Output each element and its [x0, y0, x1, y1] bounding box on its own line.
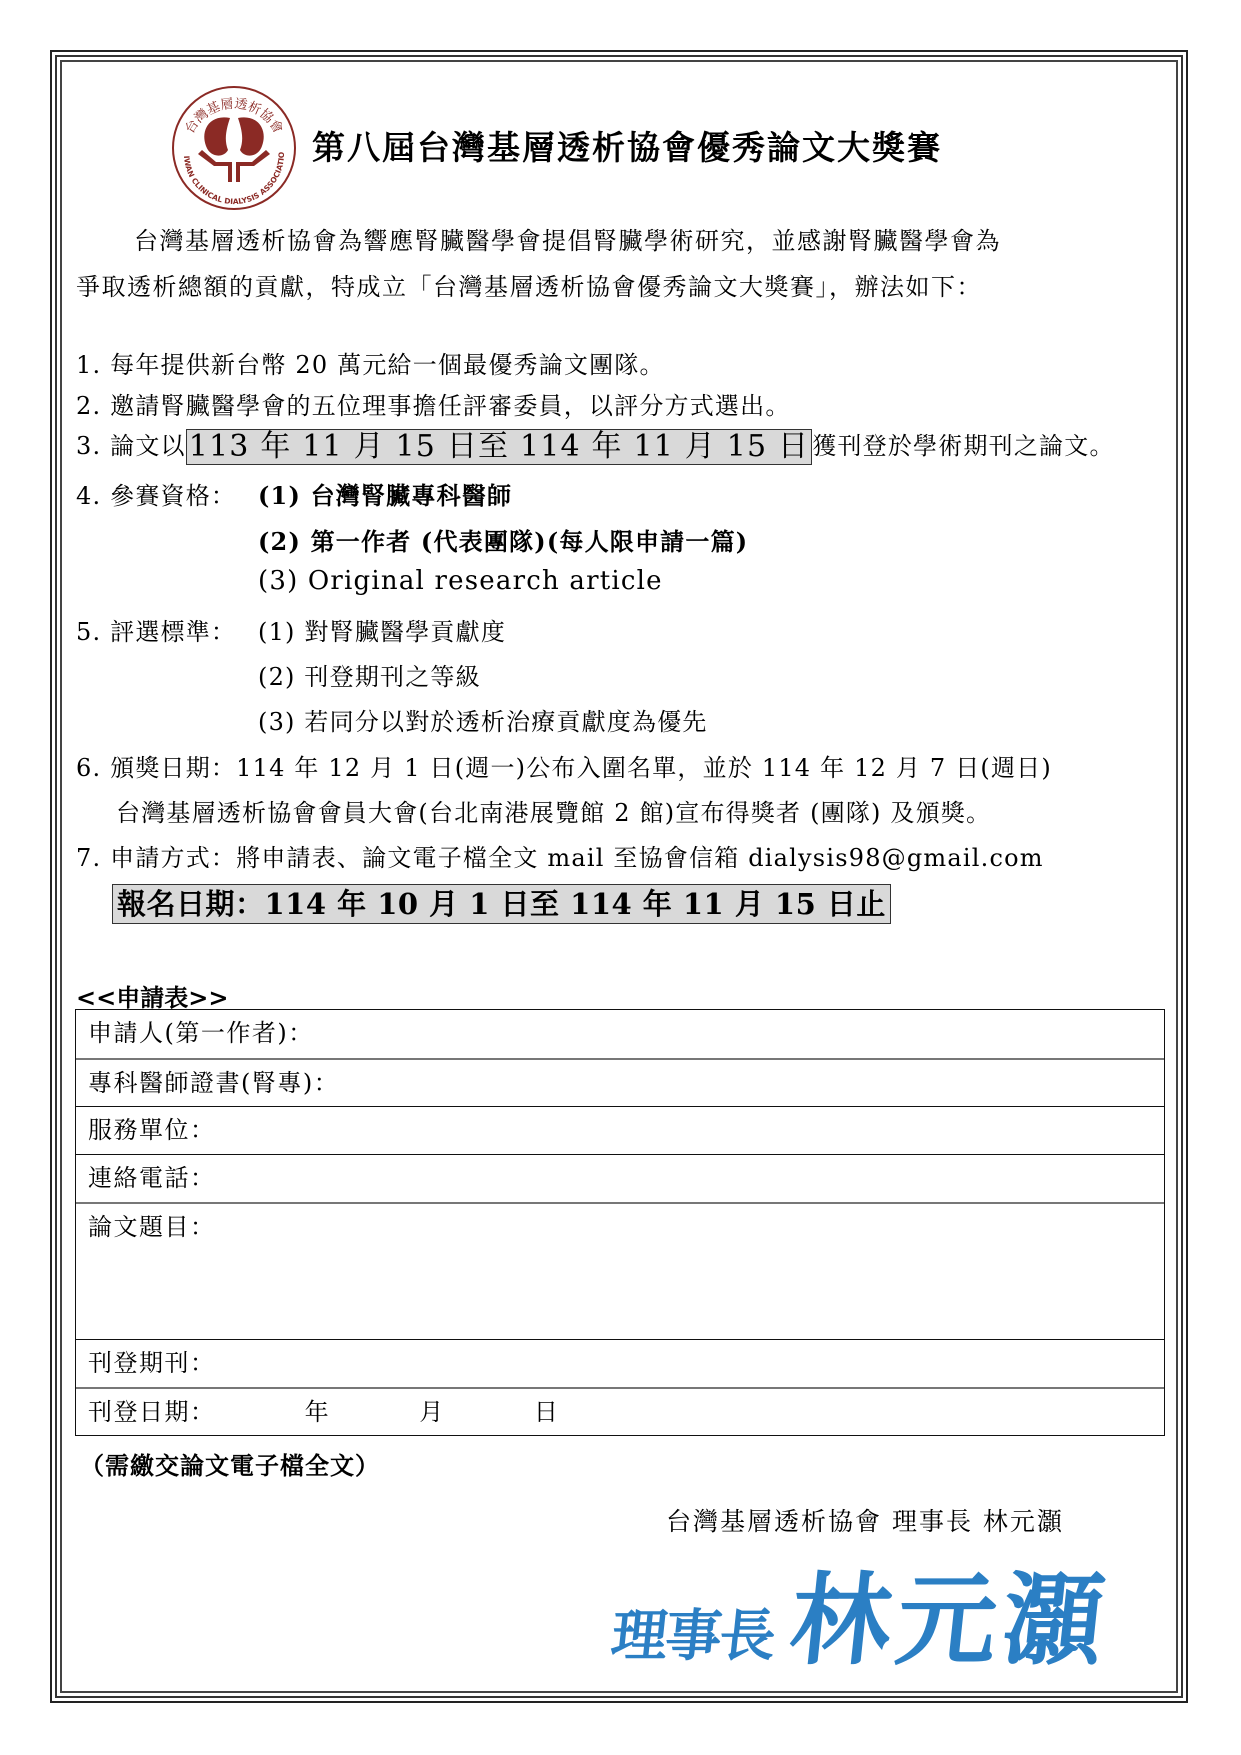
submission-note: （需繳交論文電子檔全文）: [80, 1446, 380, 1481]
rule-5-sub-3: (3) 若同分以對於透析治療貢獻度為優先: [258, 702, 708, 737]
page-title: 第八屆台灣基層透析協會優秀論文大獎賽: [312, 122, 942, 169]
rule-3-prefix: 3. 論文以: [76, 432, 186, 460]
affiliation-label: 服務單位：: [88, 1116, 216, 1144]
rule-1: 1. 每年提供新台幣 20 萬元給一個最優秀論文團隊。: [76, 345, 665, 380]
rule-5-label: 5. 評選標準：: [76, 612, 236, 647]
form-row-journal[interactable]: 刊登期刊：: [76, 1339, 1164, 1387]
publication-date-label: 刊登日期：: [88, 1395, 216, 1429]
signatory-line: 台灣基層透析協會 理事長 林元灝: [666, 1502, 1064, 1538]
month-label: 月: [419, 1395, 445, 1429]
rule-4-sub-2: (2) 第一作者 (代表團隊)(每人限申請一篇): [258, 522, 748, 557]
intro-line-1: 台灣基層透析協會為響應腎臟醫學會提倡腎臟學術研究，並感謝腎臟醫學會為: [134, 226, 1001, 256]
form-row-certificate[interactable]: 專科醫師證書(腎專)：: [76, 1058, 1164, 1106]
application-form: 申請人(第一作者)： 專科醫師證書(腎專)： 服務單位： 連絡電話： 論文題目：…: [75, 1009, 1165, 1436]
rule-5-sub-2: (2) 刊登期刊之等級: [258, 657, 481, 692]
journal-label: 刊登期刊：: [88, 1349, 216, 1377]
rule-2: 2. 邀請腎臟醫學會的五位理事擔任評審委員，以評分方式選出。: [76, 386, 791, 421]
rule-6-line-2: 台灣基層透析協會會員大會(台北南港展覽館 2 館)宣布得獎者 (團隊) 及頒獎。: [116, 793, 991, 828]
rule-6-line-1: 6. 頒獎日期：114 年 12 月 1 日(週一)公布入圍名單，並於 114 …: [76, 748, 1052, 783]
certificate-label: 專科醫師證書(腎專)：: [88, 1069, 339, 1097]
registration-period-highlight: 報名日期：114 年 10 月 1 日至 114 年 11 月 15 日止: [112, 884, 891, 924]
form-row-phone[interactable]: 連絡電話：: [76, 1154, 1164, 1202]
signature-title: 理事長: [608, 1592, 778, 1672]
form-row-paper-title[interactable]: 論文題目：: [76, 1202, 1164, 1339]
rule-4-sub-1: (1) 台灣腎臟專科醫師: [258, 476, 512, 511]
eligible-period-highlight: 113 年 11 月 15 日至 114 年 11 月 15 日: [186, 429, 813, 465]
intro-line-2: 爭取透析總額的貢獻，特成立「台灣基層透析協會優秀論文大獎賽」，辦法如下：: [76, 272, 982, 302]
phone-label: 連絡電話：: [88, 1164, 216, 1192]
form-heading: <<申請表>>: [76, 978, 228, 1013]
paper-title-label: 論文題目：: [88, 1213, 216, 1241]
rule-3-suffix: 獲刊登於學術期刊之論文。: [812, 432, 1114, 460]
rule-7: 7. 申請方式：將申請表、論文電子檔全文 mail 至協會信箱 dialysis…: [76, 838, 1044, 873]
rule-7-text: 7. 申請方式：將申請表、論文電子檔全文 mail 至協會信箱 dialysis…: [76, 844, 1044, 872]
rule-4-sub-3: (3) Original research article: [258, 566, 663, 596]
association-logo: 台灣基層透析協會 TAIWAN CLINICAL DIALYSIS ASSOCI…: [170, 84, 298, 212]
signature-name: 林元灝: [784, 1540, 1117, 1684]
rule-5-sub-1: (1) 對腎臟醫學貢獻度: [258, 612, 506, 647]
rule-3: 3. 論文以113 年 11 月 15 日至 114 年 11 月 15 日獲刊…: [76, 426, 1115, 465]
form-row-affiliation[interactable]: 服務單位：: [76, 1106, 1164, 1154]
form-row-publication-date[interactable]: 刊登日期： 年 月 日: [76, 1387, 1164, 1435]
day-label: 日: [534, 1395, 560, 1429]
rule-4-label: 4. 參賽資格：: [76, 476, 236, 511]
year-label: 年: [305, 1395, 331, 1429]
signature-stamp: 理事長林元灝: [612, 1540, 1110, 1684]
form-row-applicant[interactable]: 申請人(第一作者)：: [76, 1010, 1164, 1058]
applicant-label: 申請人(第一作者)：: [88, 1019, 314, 1047]
